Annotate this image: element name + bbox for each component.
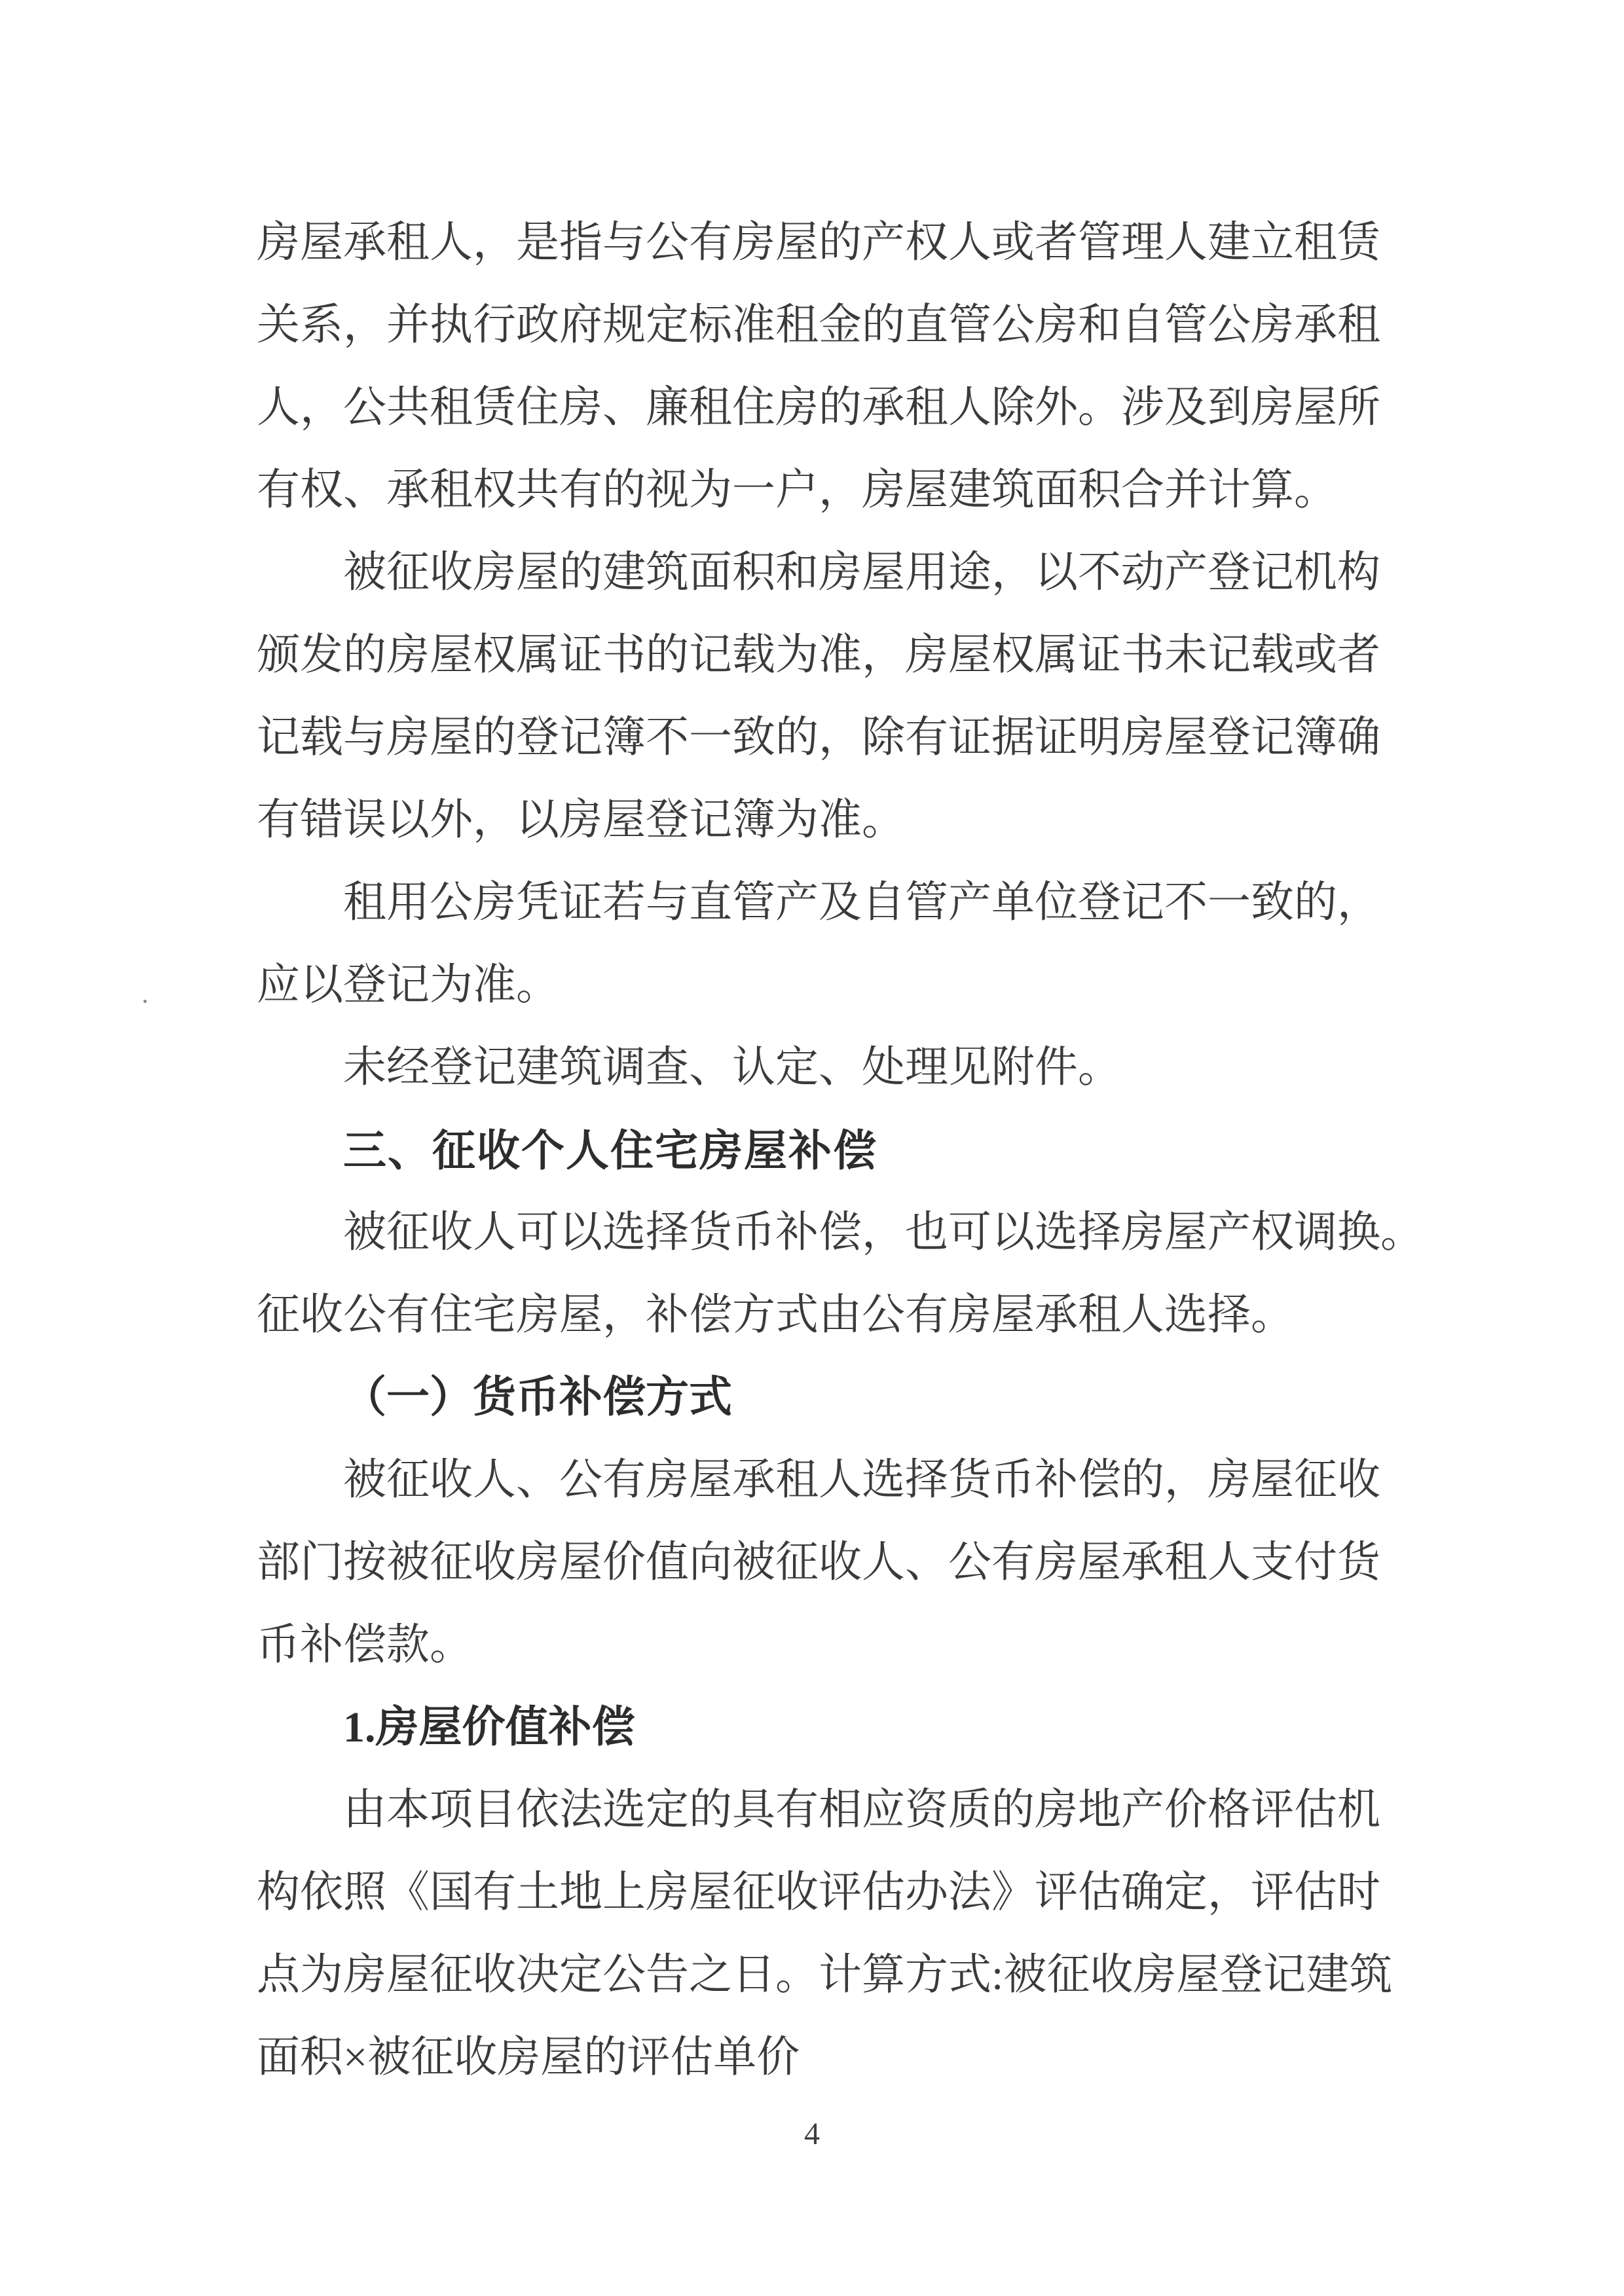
text-line: 人，公共租赁住房、廉租住房的承租人除外。涉及到房屋所 — [257, 367, 1380, 449]
text-line: 面积×被征收房屋的评估单价 — [257, 2016, 1380, 2099]
text-line: 记载与房屋的登记簿不一致的，除有证据证明房屋登记簿确 — [257, 697, 1380, 779]
text-line: 部门按被征收房屋价值向被征收人、公有房屋承租人支付货 — [257, 1522, 1380, 1604]
scan-speck — [143, 1000, 147, 1003]
document-text: 房屋承租人，是指与公有房屋的产权人或者管理人建立租赁关系，并执行政府规定标准租金… — [257, 202, 1380, 2099]
heading-line: （一）货币补偿方式 — [257, 1357, 1380, 1439]
heading-line: 1.房屋价值补偿 — [257, 1686, 1380, 1769]
text-line: 点为房屋征收决定公告之日。计算方式:被征收房屋登记建筑 — [257, 1934, 1380, 2016]
text-line: 有错误以外，以房屋登记簿为准。 — [257, 779, 1380, 862]
text-line: 房屋承租人，是指与公有房屋的产权人或者管理人建立租赁 — [257, 202, 1380, 284]
text-line: 被征收人可以选择货币补偿，也可以选择房屋产权调换。 — [257, 1192, 1380, 1274]
text-line: 征收公有住宅房屋，补偿方式由公有房屋承租人选择。 — [257, 1274, 1380, 1357]
text-line: 应以登记为准。 — [257, 944, 1380, 1027]
page-number: 4 — [0, 2117, 1624, 2151]
text-line: 被征收人、公有房屋承租人选择货币补偿的，房屋征收 — [257, 1439, 1380, 1522]
text-line: 颁发的房屋权属证书的记载为准，房屋权属证书未记载或者 — [257, 614, 1380, 697]
text-line: 币补偿款。 — [257, 1604, 1380, 1686]
text-line: 关系，并执行政府规定标准租金的直管公房和自管公房承租 — [257, 284, 1380, 367]
text-line: 租用公房凭证若与直管产及自管产单位登记不一致的， — [257, 862, 1380, 944]
text-line: 未经登记建筑调查、认定、处理见附件。 — [257, 1027, 1380, 1109]
text-line: 构依照《国有土地上房屋征收评估办法》评估确定，评估时 — [257, 1851, 1380, 1934]
heading-line: 三、征收个人住宅房屋补偿 — [257, 1109, 1380, 1192]
text-line: 由本项目依法选定的具有相应资质的房地产价格评估机 — [257, 1769, 1380, 1851]
document-page: 房屋承租人，是指与公有房屋的产权人或者管理人建立租赁关系，并执行政府规定标准租金… — [0, 0, 1624, 2296]
text-line: 被征收房屋的建筑面积和房屋用途，以不动产登记机构 — [257, 532, 1380, 614]
text-line: 有权、承租权共有的视为一户，房屋建筑面积合并计算。 — [257, 449, 1380, 532]
